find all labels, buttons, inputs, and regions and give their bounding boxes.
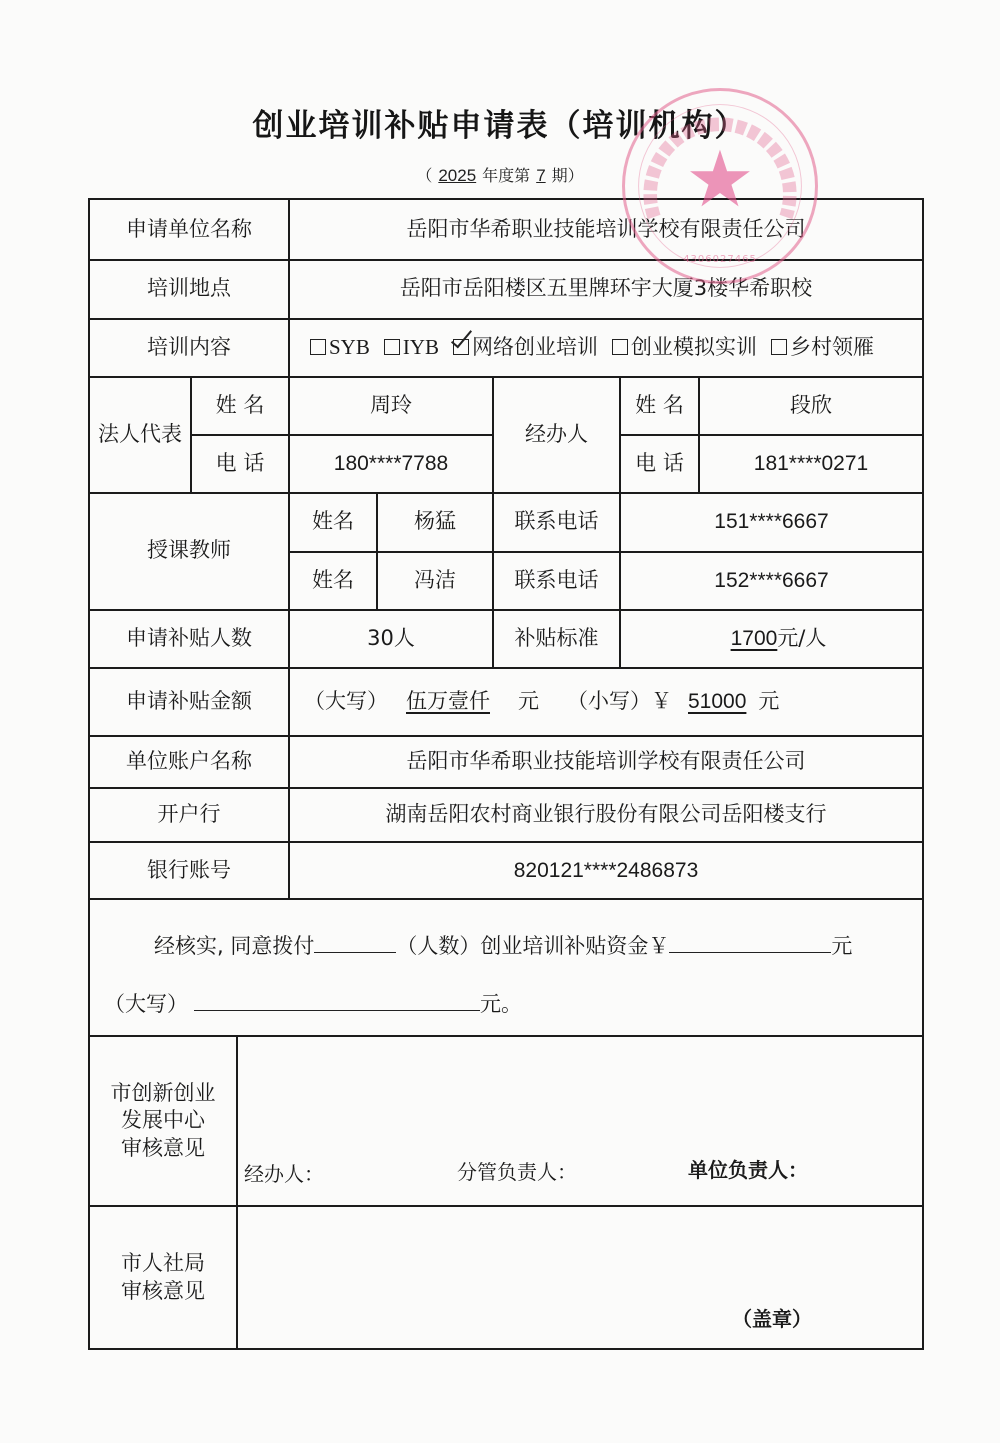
center-supervisor-sign: 分管负责人： (457, 1156, 577, 1185)
period-issue[interactable]: 7 (530, 166, 551, 185)
checkbox-icon[interactable] (384, 339, 400, 355)
handler-phone-label: 电 话 (621, 436, 698, 492)
legal-rep-phone[interactable]: 180****7788 (290, 436, 492, 492)
option-simulation[interactable]: 创业模拟实训 (612, 334, 757, 361)
location-label: 培训地点 (90, 260, 288, 318)
count-label: 申请补贴人数 (90, 611, 288, 667)
account-name-label: 单位账户名称 (90, 737, 288, 787)
teacher-1-phone[interactable]: 151****6667 (621, 493, 922, 551)
standard-label: 补贴标准 (494, 611, 619, 667)
legal-rep-label: 法人代表 (90, 377, 190, 492)
legal-rep-name-label: 姓 名 (192, 377, 288, 434)
applicant-label: 申请单位名称 (90, 200, 288, 259)
teacher-1-phone-label: 联系电话 (494, 493, 619, 551)
verify-amount-blank[interactable] (669, 932, 831, 953)
handler-phone[interactable]: 181****0271 (700, 436, 922, 492)
amount-upper-value[interactable]: 伍万壹仟 (406, 688, 518, 715)
count-value[interactable]: 30人 (290, 611, 492, 667)
center-review-box[interactable] (238, 1037, 922, 1205)
amount-label: 申请补贴金额 (90, 669, 288, 735)
handler-label: 经办人 (494, 377, 619, 492)
content-label: 培训内容 (90, 319, 288, 376)
account-no-value[interactable]: 820121****2486873 (290, 843, 922, 898)
option-iyb[interactable]: IYB (384, 334, 439, 361)
teachers-label: 授课教师 (90, 493, 288, 609)
handler-name-label: 姓 名 (621, 377, 698, 434)
option-online-training[interactable]: 网络创业培训 (453, 334, 598, 361)
checkbox-icon[interactable] (310, 339, 326, 355)
content-options: SYB IYB 网络创业培训 创业模拟实训 乡村领雁 (290, 319, 922, 376)
handler-name[interactable]: 段欣 (700, 377, 922, 434)
teacher-2-phone-label: 联系电话 (494, 553, 619, 609)
legal-rep-name[interactable]: 周玲 (290, 377, 492, 434)
verify-line-2: （大写）元。 (104, 988, 522, 1018)
teacher-2-name[interactable]: 冯洁 (378, 553, 492, 609)
bank-label: 开户行 (90, 789, 288, 841)
teacher-1-name[interactable]: 杨猛 (378, 493, 492, 551)
period-year[interactable]: 2025 (432, 166, 482, 185)
checkbox-checked-icon[interactable] (453, 339, 469, 355)
teacher-1-name-label: 姓名 (290, 493, 376, 551)
bank-value[interactable]: 湖南岳阳农村商业银行股份有限公司岳阳楼支行 (290, 789, 922, 841)
option-syb[interactable]: SYB (310, 334, 370, 361)
teacher-2-phone[interactable]: 152****6667 (621, 553, 922, 609)
option-rural[interactable]: 乡村领雁 (771, 334, 874, 361)
standard-value[interactable]: 1700 (717, 625, 778, 652)
verify-line-1: 经核实, 同意拨付（人数）创业培训补贴资金￥元 (154, 930, 852, 960)
hrss-review-label: 市人社局 审核意见 (90, 1207, 236, 1348)
application-form: 申请单位名称 岳阳市华希职业技能培训学校有限责任公司 培训地点 岳阳市岳阳楼区五… (88, 198, 924, 1350)
amount-lower-value[interactable]: 51000 (672, 688, 758, 715)
amount-field: （大写） 伍万壹仟 元 （小写）￥ 51000 元 (290, 669, 922, 735)
form-title: 创业培训补贴申请表（培训机构） (0, 100, 1000, 145)
center-handler-sign: 经办人： (244, 1158, 324, 1187)
center-head-sign: 单位负责人： (688, 1154, 808, 1183)
verify-upper-blank[interactable] (194, 990, 480, 1011)
teacher-2-name-label: 姓名 (290, 553, 376, 609)
hrss-review-box[interactable] (238, 1207, 922, 1348)
center-review-label: 市创新创业 发展中心 审核意见 (90, 1037, 236, 1205)
period-line: （2025年度第7期） (0, 163, 1000, 186)
stamp-label: （盖章） (732, 1303, 812, 1332)
legal-rep-phone-label: 电 话 (192, 436, 288, 492)
account-name-value[interactable]: 岳阳市华希职业技能培训学校有限责任公司 (290, 737, 922, 787)
applicant-value[interactable]: 岳阳市华希职业技能培训学校有限责任公司 (290, 200, 922, 259)
account-no-label: 银行账号 (90, 843, 288, 898)
verify-count-blank[interactable] (314, 932, 396, 953)
checkbox-icon[interactable] (771, 339, 787, 355)
standard-field: 1700元/人 (621, 611, 922, 667)
checkbox-icon[interactable] (612, 339, 628, 355)
location-value[interactable]: 岳阳市岳阳楼区五里牌环宇大厦3楼华希职校 (290, 260, 922, 318)
